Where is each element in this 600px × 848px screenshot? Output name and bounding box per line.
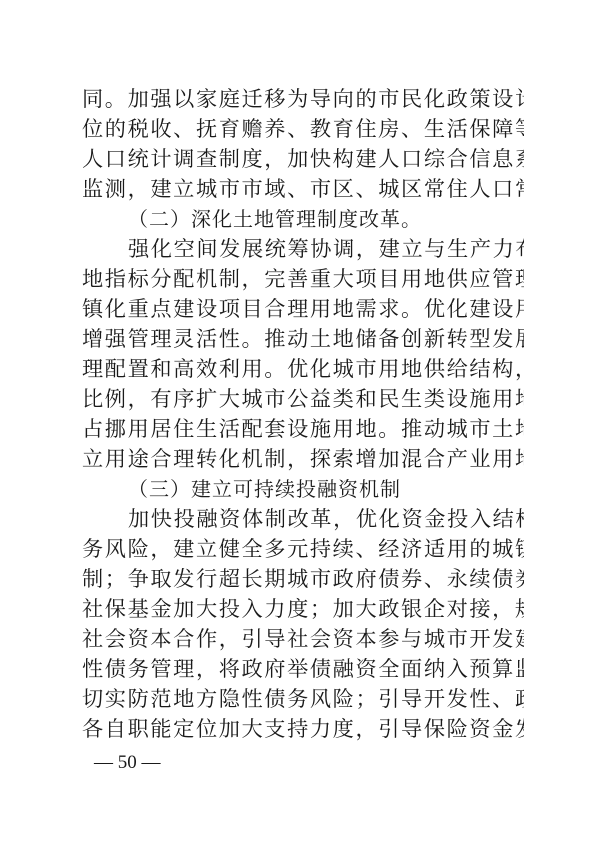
text-line: 务风险，建立健全多元持续、经济适用的城镇化建设资金保障机 — [82, 534, 524, 564]
text-line: 加快投融资体制改革，优化资金投入结构方式，严防地方债 — [82, 504, 524, 534]
text-line: 社会资本合作，引导社会资本参与城市开发建设运营；规范政府 — [82, 624, 524, 654]
page-number: — 50 — — [94, 752, 161, 774]
text-line: 立用途合理转化机制，探索增加混合产业用地供给。 — [82, 444, 524, 474]
text-line: 镇化重点建设项目合理用地需求。优化建设用地计划管理方式， — [82, 294, 524, 324]
text-line: 比例，有序扩大城市公益类和民生类设施用地供应保障，严禁侵 — [82, 384, 524, 414]
text-line: 社保基金加大投入力度；加大政银企对接，规范有序推进政府和 — [82, 594, 524, 624]
text-line: 各自职能定位加大支持力度，引导保险资金发挥长期投资优势， — [82, 714, 524, 744]
text-line: 增强管理灵活性。推动土地储备创新转型发展，促进土地资产合 — [82, 324, 524, 354]
text-line: 地指标分配机制，完善重大项目用地供应管理制度，保障新型城 — [82, 264, 524, 294]
text-line: 人口统计调查制度，加快构建人口综合信息系统，实施人口动态 — [82, 144, 524, 174]
text-line: 位的税收、抚育赡养、教育住房、生活保障等政策。加强和完善 — [82, 114, 524, 144]
text-line: 占挪用居住生活配套设施用地。推动城市土地复合开发利用，建 — [82, 414, 524, 444]
section-heading-financing: （三）建立可持续投融资机制 — [82, 474, 524, 504]
text-line: 监测，建立城市市域、市区、城区常住人口常态化统计发布机制。 — [82, 174, 524, 204]
text-line: 制；争取发行超长期城市政府债券、永续债券，引导保险基金、 — [82, 564, 524, 594]
text-line: 切实防范地方隐性债务风险；引导开发性、政策性金融机构结合 — [82, 684, 524, 714]
section-heading-land-management: （二）深化土地管理制度改革。 — [82, 204, 524, 234]
text-line: 强化空间发展统筹协调，建立与生产力布局相适应的建设用 — [82, 234, 524, 264]
text-line: 性债务管理，将政府举债融资全面纳入预算监管，严控新增债务， — [82, 654, 524, 684]
text-line: 同。加强以家庭迁移为导向的市民化政策设计，完善以家庭为单 — [82, 84, 524, 114]
document-page: 同。加强以家庭迁移为导向的市民化政策设计，完善以家庭为单 位的税收、抚育赡养、教… — [82, 84, 524, 744]
text-line: 理配置和高效利用。优化城市用地供给结构，适当增加住宅用地 — [82, 354, 524, 384]
